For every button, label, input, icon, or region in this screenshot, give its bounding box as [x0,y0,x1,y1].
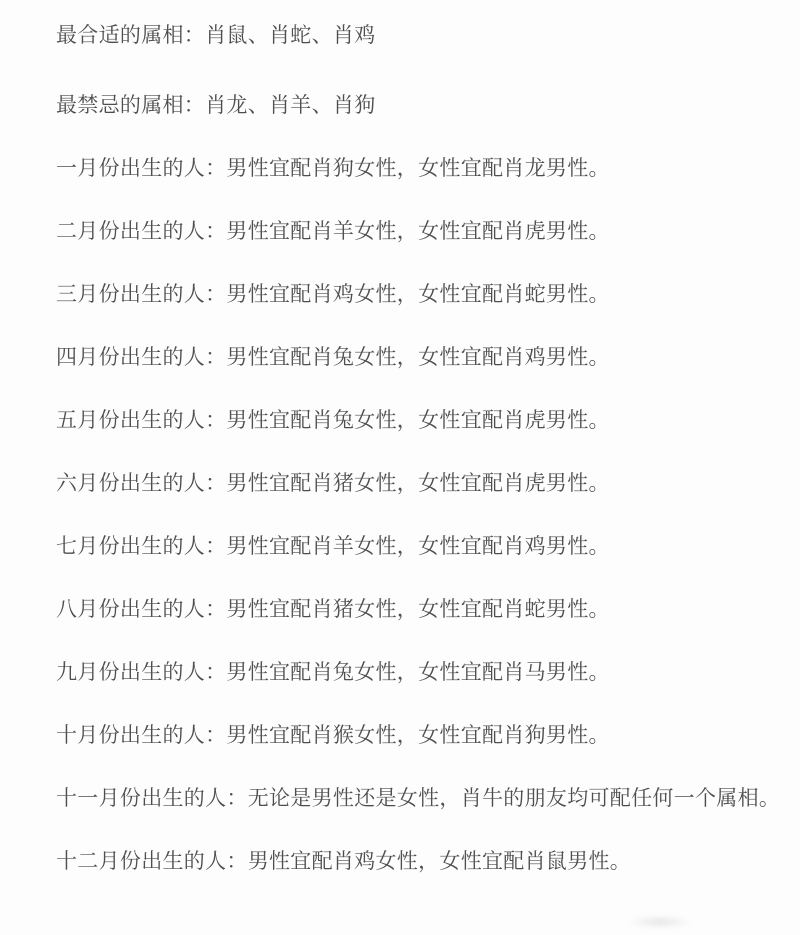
line-month-4: 四月份出生的人：男性宜配肖兔女性，女性宜配肖鸡男性。 [56,347,770,368]
line-month-8: 八月份出生的人：男性宜配肖猪女性，女性宜配肖蛇男性。 [56,599,770,620]
line-best-match-zodiacs: 最合适的属相：肖鼠、肖蛇、肖鸡 [56,25,770,46]
line-month-9: 九月份出生的人：男性宜配肖兔女性，女性宜配肖马男性。 [56,662,770,683]
line-month-3: 三月份出生的人：男性宜配肖鸡女性，女性宜配肖蛇男性。 [56,284,770,305]
faint-watermark [630,915,690,929]
line-month-12: 十二月份出生的人：男性宜配肖鸡女性，女性宜配肖鼠男性。 [56,851,770,872]
line-month-11: 十一月份出生的人：无论是男性还是女性，肖牛的朋友均可配任何一个属相。 [56,788,770,809]
line-month-10: 十月份出生的人：男性宜配肖猴女性，女性宜配肖狗男性。 [56,725,770,746]
line-month-7: 七月份出生的人：男性宜配肖羊女性，女性宜配肖鸡男性。 [56,536,770,557]
document-page: 最合适的属相：肖鼠、肖蛇、肖鸡 最禁忌的属相：肖龙、肖羊、肖狗 一月份出生的人：… [0,0,800,935]
line-month-2: 二月份出生的人：男性宜配肖羊女性，女性宜配肖虎男性。 [56,221,770,242]
line-month-1: 一月份出生的人：男性宜配肖狗女性，女性宜配肖龙男性。 [56,158,770,179]
line-month-5: 五月份出生的人：男性宜配肖兔女性，女性宜配肖虎男性。 [56,410,770,431]
line-taboo-zodiacs: 最禁忌的属相：肖龙、肖羊、肖狗 [56,95,770,116]
line-month-6: 六月份出生的人：男性宜配肖猪女性，女性宜配肖虎男性。 [56,473,770,494]
